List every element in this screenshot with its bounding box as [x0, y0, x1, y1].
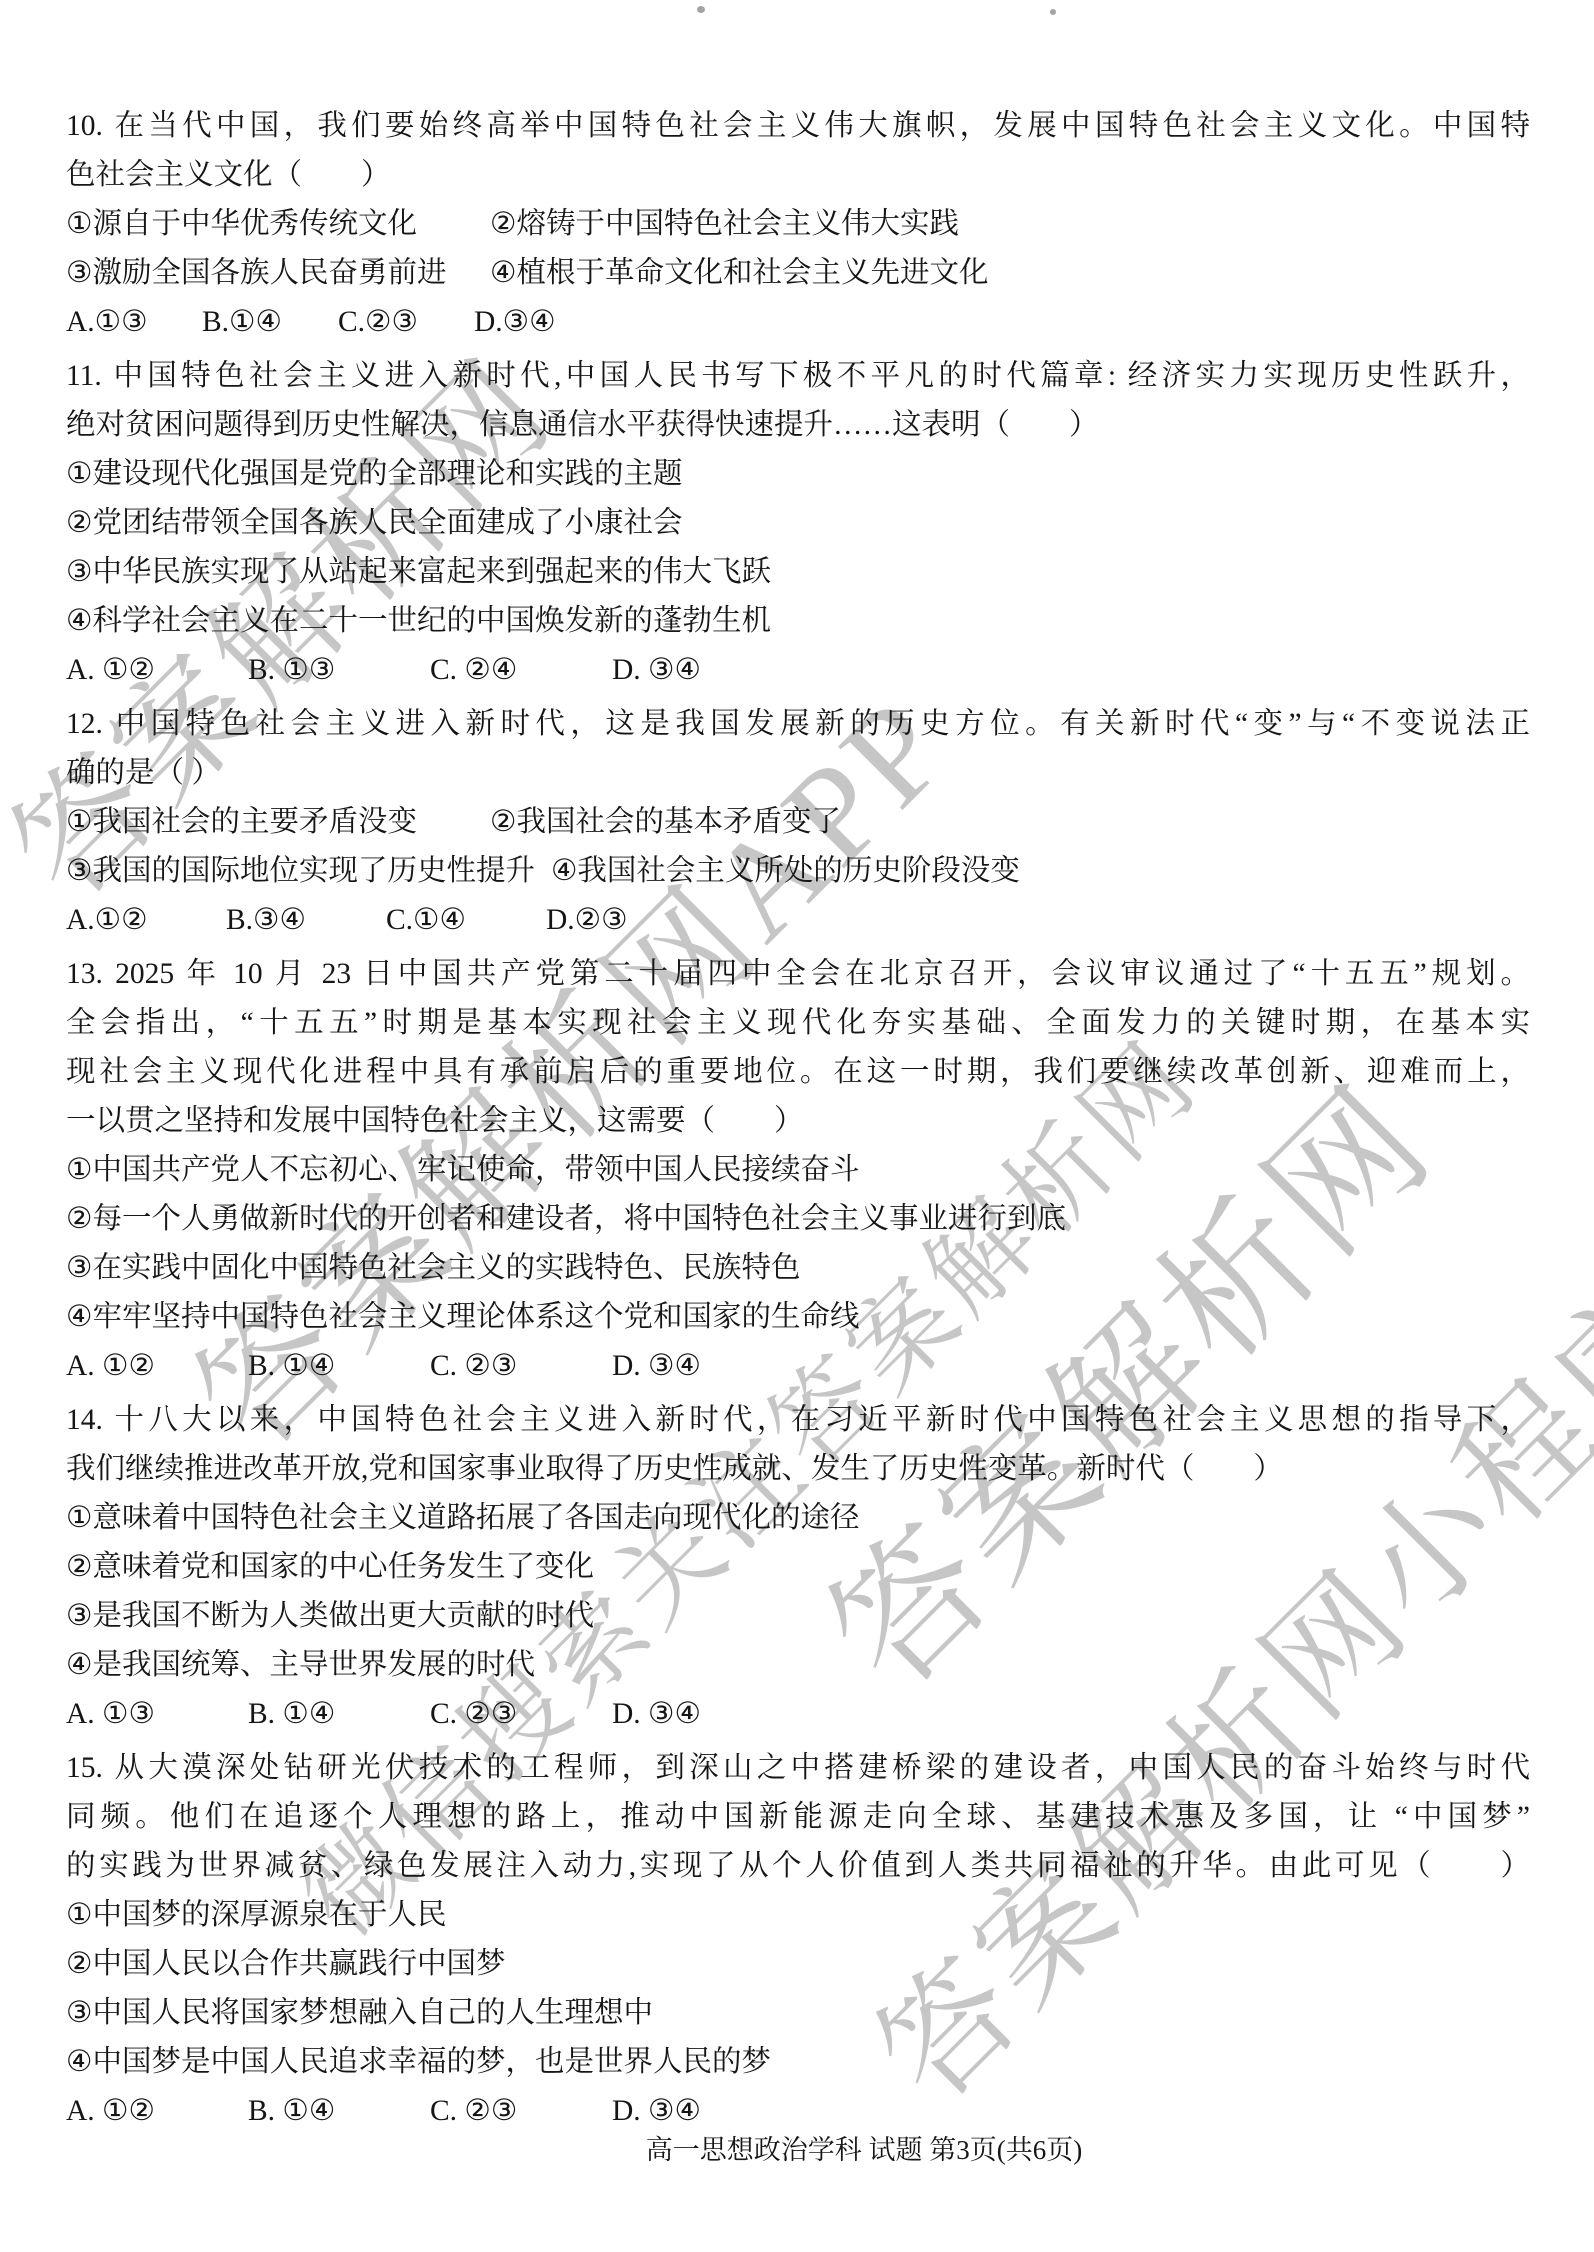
question-stem-line: 全会指出，“十五五”时期是基本实现社会主义现代化夯实基础、全面发力的关键时期，在… — [66, 999, 1530, 1048]
statement-2: ②熔铸于中国特色社会主义伟大实践 — [490, 200, 959, 249]
question-stem-line: 同频。他们在追逐个人理想的路上，推动中国新能源走向全球、基建技术惠及多国，让 “… — [66, 1793, 1530, 1842]
question-stem-line: 一以贯之坚持和发展中国特色社会主义，这需要（ ） — [66, 1097, 1530, 1146]
statement-4: ④我国社会主义所处的历史阶段没变 — [551, 847, 1020, 896]
statement-2: ②意味着党和国家的中心任务发生了变化 — [66, 1543, 1530, 1592]
question-stem-line: 14. 十八大以来，中国特色社会主义进入新时代，在习近平新时代中国特色社会主义思… — [66, 1396, 1530, 1445]
statement-4: ④中国梦是中国人民追求幸福的梦，也是世界人民的梦 — [66, 2038, 1530, 2087]
choice-c: C. ②④ — [430, 646, 612, 695]
question-15: 15. 从大漠深处钻研光伏技术的工程师，到深山之中搭建桥梁的建设者，中国人民的奋… — [66, 1744, 1530, 2136]
statement-2: ②中国人民以合作共赢践行中国梦 — [66, 1940, 1530, 1989]
choice-b: B. ①④ — [248, 1690, 430, 1739]
question-11: 11. 中国特色社会主义进入新时代,中国人民书写下极不平凡的时代篇章: 经济实力… — [66, 352, 1530, 695]
choice-d: D. ③④ — [612, 1690, 794, 1739]
statement-pair: ①源自于中华优秀传统文化 ②熔铸于中国特色社会主义伟大实践 — [66, 200, 1530, 249]
question-stem-line: 11. 中国特色社会主义进入新时代,中国人民书写下极不平凡的时代篇章: 经济实力… — [66, 352, 1530, 401]
question-13: 13. 2025 年 10 月 23 日中国共产党第二十届四中全会在北京召开，会… — [66, 950, 1530, 1391]
choice-c: C.②③ — [338, 298, 474, 347]
choice-c: C.①④ — [386, 896, 546, 945]
choice-d: D. ③④ — [612, 646, 794, 695]
statement-2: ②我国社会的基本矛盾变了 — [490, 798, 841, 847]
choice-c: C. ②③ — [430, 1690, 612, 1739]
statement-1: ①源自于中华优秀传统文化 — [66, 200, 490, 249]
statement-pair: ③激励全国各族人民奋勇前进 ④植根于革命文化和社会主义先进文化 — [66, 249, 1530, 298]
question-stem-line: 现社会主义现代化进程中具有承前启后的重要地位。在这一时期，我们要继续改革创新、迎… — [66, 1048, 1530, 1097]
choice-b: B. ①④ — [248, 1342, 430, 1391]
choice-a: A. ①③ — [66, 1690, 248, 1739]
question-stem-line: 15. 从大漠深处钻研光伏技术的工程师，到深山之中搭建桥梁的建设者，中国人民的奋… — [66, 1744, 1530, 1793]
choice-a: A. ①② — [66, 646, 248, 695]
question-stem-line: 绝对贫困问题得到历史性解决，信息通信水平获得快速提升……这表明（ ） — [66, 401, 1530, 450]
scan-artifact-dot — [1050, 9, 1056, 15]
statement-3: ③中华民族实现了从站起来富起来到强起来的伟大飞跃 — [66, 548, 1530, 597]
question-14: 14. 十八大以来，中国特色社会主义进入新时代，在习近平新时代中国特色社会主义思… — [66, 1396, 1530, 1739]
statement-1: ①意味着中国特色社会主义道路拓展了各国走向现代化的途径 — [66, 1494, 1530, 1543]
question-stem-line: 确的是（ ） — [66, 749, 1530, 798]
answer-choices-row: A. ①② B. ①④ C. ②③ D. ③④ — [66, 1342, 1530, 1391]
answer-choices-row: A.①② B.③④ C.①④ D.②③ — [66, 896, 1530, 945]
statement-4: ④植根于革命文化和社会主义先进文化 — [490, 249, 988, 298]
statement-4: ④是我国统筹、主导世界发展的时代 — [66, 1641, 1530, 1690]
statement-3: ③激励全国各族人民奋勇前进 — [66, 249, 490, 298]
exam-page-body: 10. 在当代中国，我们要始终高举中国特色社会主义伟大旗帜，发展中国特色社会主义… — [66, 102, 1530, 2141]
choice-d: D.②③ — [546, 896, 706, 945]
choice-c: C. ②③ — [430, 1342, 612, 1391]
question-stem-line: 10. 在当代中国，我们要始终高举中国特色社会主义伟大旗帜，发展中国特色社会主义… — [66, 102, 1530, 151]
statement-3: ③是我国不断为人类做出更大贡献的时代 — [66, 1592, 1530, 1641]
page-footer: 高一思想政治学科 试题 第3页(共6页) — [67, 2128, 1594, 2172]
question-10: 10. 在当代中国，我们要始终高举中国特色社会主义伟大旗帜，发展中国特色社会主义… — [66, 102, 1530, 347]
statement-4: ④科学社会主义在二十一世纪的中国焕发新的蓬勃生机 — [66, 597, 1530, 646]
choice-b: B. ①③ — [248, 646, 430, 695]
statement-1: ①中国梦的深厚源泉在于人民 — [66, 1891, 1530, 1940]
statement-2: ②党团结带领全国各族人民全面建成了小康社会 — [66, 499, 1530, 548]
answer-choices-row: A. ①② B. ①③ C. ②④ D. ③④ — [66, 646, 1530, 695]
statement-3: ③中国人民将国家梦想融入自己的人生理想中 — [66, 1989, 1530, 2038]
answer-choices-row: A. ①③ B. ①④ C. ②③ D. ③④ — [66, 1690, 1530, 1739]
question-stem-line: 我们继续推进改革开放,党和国家事业取得了历史性成就、发生了历史性变革。新时代（ … — [66, 1445, 1530, 1494]
choice-d: D.③④ — [474, 298, 610, 347]
statement-3: ③我国的国际地位实现了历史性提升 — [66, 847, 551, 896]
statement-pair: ③我国的国际地位实现了历史性提升 ④我国社会主义所处的历史阶段没变 — [66, 847, 1530, 896]
choice-b: B.①④ — [202, 298, 338, 347]
statement-pair: ①我国社会的主要矛盾没变 ②我国社会的基本矛盾变了 — [66, 798, 1530, 847]
question-stem-line: 的实践为世界减贫、绿色发展注入动力,实现了从个人价值到人类共同福祉的升华。由此可… — [66, 1842, 1530, 1891]
choice-a: A.①③ — [66, 298, 202, 347]
scan-artifact-dot — [697, 6, 705, 13]
statement-1: ①我国社会的主要矛盾没变 — [66, 798, 490, 847]
choice-b: B.③④ — [226, 896, 386, 945]
statement-3: ③在实践中固化中国特色社会主义的实践特色、民族特色 — [66, 1244, 1530, 1293]
statement-2: ②每一个人勇做新时代的开创者和建设者，将中国特色社会主义事业进行到底 — [66, 1195, 1530, 1244]
choice-a: A. ①② — [66, 1342, 248, 1391]
statement-4: ④牢牢坚持中国特色社会主义理论体系这个党和国家的生命线 — [66, 1293, 1530, 1342]
statement-1: ①建设现代化强国是党的全部理论和实践的主题 — [66, 450, 1530, 499]
question-stem-line: 13. 2025 年 10 月 23 日中国共产党第二十届四中全会在北京召开，会… — [66, 950, 1530, 999]
statement-1: ①中国共产党人不忘初心、牢记使命，带领中国人民接续奋斗 — [66, 1146, 1530, 1195]
question-stem-line: 色社会主义文化（ ） — [66, 151, 1530, 200]
choice-a: A.①② — [66, 896, 226, 945]
question-stem-line: 12. 中国特色社会主义进入新时代，这是我国发展新的历史方位。有关新时代“变”与… — [66, 700, 1530, 749]
question-12: 12. 中国特色社会主义进入新时代，这是我国发展新的历史方位。有关新时代“变”与… — [66, 700, 1530, 945]
answer-choices-row: A.①③ B.①④ C.②③ D.③④ — [66, 298, 1530, 347]
choice-d: D. ③④ — [612, 1342, 794, 1391]
